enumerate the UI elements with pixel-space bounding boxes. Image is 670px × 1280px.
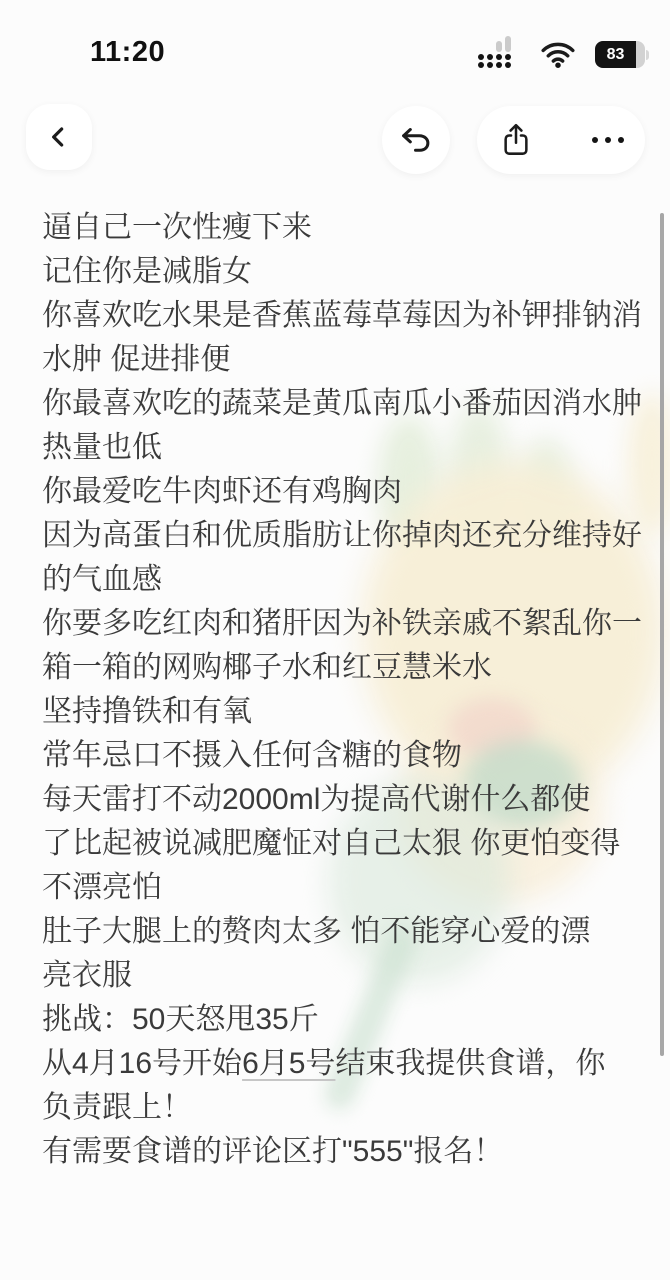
- text-line: 挑战：50天怒甩35斤: [42, 998, 648, 1042]
- text-line: 逼自己一次性瘦下来: [42, 206, 648, 250]
- text-line: 因为高蛋白和优质脂肪让你掉肉还充分维持好: [42, 514, 648, 558]
- scrollbar-thumb[interactable]: [660, 213, 664, 1056]
- text-line: 负责跟上！: [42, 1086, 648, 1130]
- text-line: 有需要食谱的评论区打"555"报名！: [42, 1130, 648, 1174]
- back-button[interactable]: [26, 104, 92, 170]
- undo-button[interactable]: [382, 106, 450, 174]
- text-line: 每天雷打不动2000ml为提高代谢什么都使: [42, 778, 648, 822]
- nav-actions-pill: [477, 106, 645, 174]
- more-button[interactable]: [592, 137, 624, 143]
- text-line: 箱一箱的网购椰子水和红豆慧米水: [42, 646, 648, 690]
- text-line: 常年忌口不摄入任何含糖的食物: [42, 734, 648, 778]
- text-line: 从4月16号开始6月5号结束我提供食谱，你: [42, 1042, 648, 1086]
- text-line: 亮衣服: [42, 954, 648, 998]
- share-icon: [498, 120, 534, 160]
- text-line: 的气血感: [42, 558, 648, 602]
- wifi-icon: [540, 40, 576, 74]
- undo-arrow-icon: [396, 121, 436, 159]
- note-text: 逼自己一次性瘦下来记住你是减脂女你喜欢吃水果是香蕉蓝莓草莓因为补钾排钠消水肿 促…: [42, 206, 648, 1174]
- note-app-screen: 11:20 83: [0, 0, 670, 1280]
- cellular-signal-dots-icon: [478, 40, 511, 68]
- chevron-left-icon: [43, 121, 75, 153]
- underlined-date: 6月5号: [242, 1047, 335, 1080]
- text-line: 你喜欢吃水果是香蕉蓝莓草莓因为补钾排钠消: [42, 294, 648, 338]
- text-line: 你要多吃红肉和猪肝因为补铁亲戚不絮乱你一: [42, 602, 648, 646]
- text-line: 不漂亮怕: [42, 866, 648, 910]
- text-line: 记住你是减脂女: [42, 250, 648, 294]
- text-line: 热量也低: [42, 426, 648, 470]
- battery-percentage: 83: [595, 41, 636, 68]
- text-line: 了比起被说减肥魔怔对自己太狠 你更怕变得: [42, 822, 648, 866]
- text-line: 坚持撸铁和有氧: [42, 690, 648, 734]
- text-line: 水肿 促进排便: [42, 338, 648, 382]
- ellipsis-icon: [592, 137, 598, 143]
- text-line: 你最喜欢吃的蔬菜是黄瓜南瓜小番茄因消水肿: [42, 382, 648, 426]
- battery-icon: 83: [595, 41, 649, 68]
- text-line: 你最爱吃牛肉虾还有鸡胸肉: [42, 470, 648, 514]
- clock-time: 11:20: [90, 36, 165, 69]
- share-button[interactable]: [498, 120, 534, 160]
- text-line: 肚子大腿上的赘肉太多 怕不能穿心爱的漂: [42, 910, 648, 954]
